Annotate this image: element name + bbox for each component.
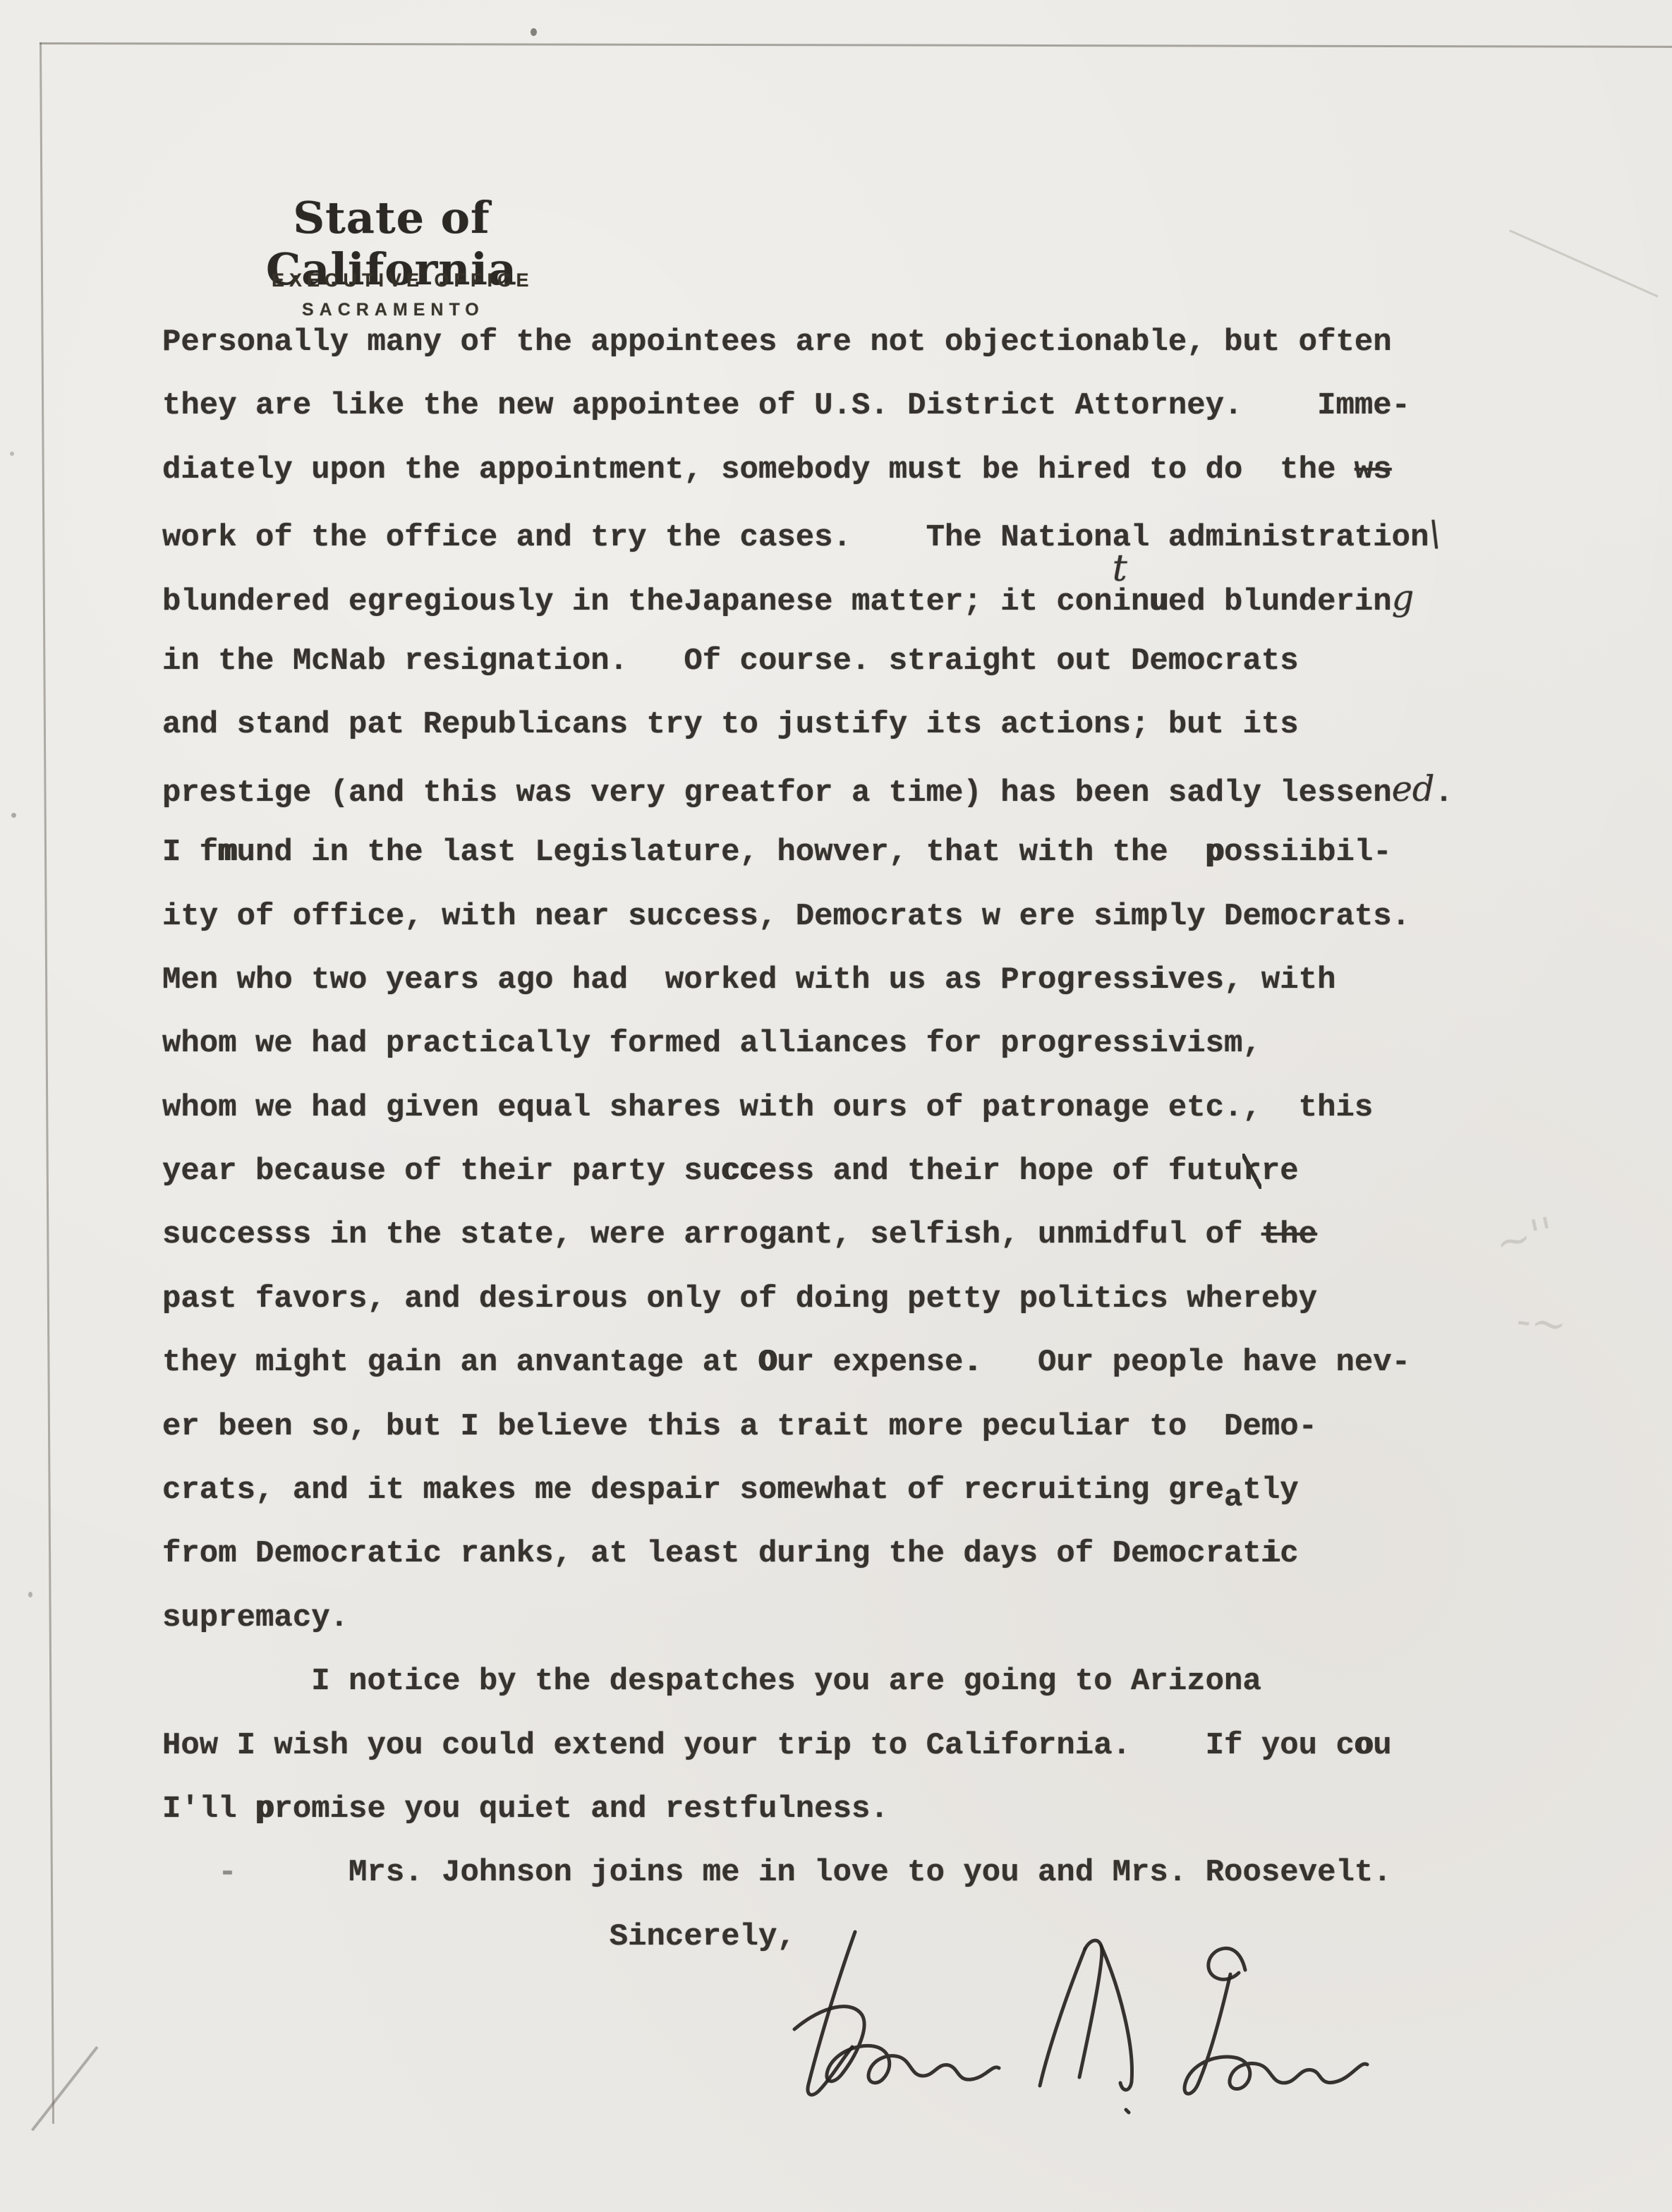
text-segment: ity of office, with near success, Democr…	[162, 899, 1410, 934]
text-segment: I notice by the despatches you are going…	[162, 1664, 1261, 1699]
text-segment: re	[1261, 1154, 1299, 1189]
text-segment-hand: \	[1429, 513, 1441, 554]
letter-line: Personally many of the appointees are no…	[162, 310, 1573, 374]
text-segment: whom we had given equal shares with ours…	[162, 1090, 1373, 1125]
text-segment: How I wish you could extend your trip to…	[162, 1728, 1355, 1763]
text-segment-over: i	[1261, 1536, 1280, 1571]
ink-speck	[11, 813, 16, 818]
letter-line: - Mrs. Johnson joins me in love to you a…	[162, 1841, 1573, 1904]
text-segment: Mrs. Johnson joins me in love to you and…	[237, 1855, 1392, 1890]
text-segment: work of the office and try the cases. Th…	[162, 520, 1429, 555]
letter-line: diately upon the appointment, somebody m…	[162, 438, 1573, 502]
paper-edge-left	[40, 42, 54, 2124]
text-segment: er been so, but I believe this a trait m…	[162, 1409, 1317, 1444]
text-segment-over: o	[1355, 1728, 1373, 1763]
letter-line: I fmund in the last Legislature, howver,…	[162, 821, 1573, 884]
text-segment-sub: a	[1224, 1466, 1242, 1530]
letter-line: I'll promise you quiet and restfulness.	[162, 1777, 1573, 1841]
signature-hiram-w-johnson	[748, 1905, 1383, 2145]
text-segment: u	[1373, 1728, 1391, 1763]
text-segment: ves, with	[1168, 962, 1336, 998]
text-segment-over: i	[1149, 962, 1168, 998]
text-segment: Sincerely,	[162, 1919, 796, 1954]
letter-line: whom we had given equal shares with ours…	[162, 1076, 1573, 1140]
letter-line: prestige (and this was very greatfor a t…	[162, 757, 1573, 821]
text-segment: ess and their hope of futu	[758, 1154, 1243, 1189]
text-segment: in the McNab resignation. Of course. str…	[162, 643, 1299, 679]
letter-line: in the McNab resignation. Of course. str…	[162, 629, 1573, 693]
letter-line: past favors, and desirous only of doing …	[162, 1267, 1573, 1331]
ink-speck	[531, 28, 537, 36]
letter-line: er been so, but I believe this a trait m…	[162, 1395, 1573, 1458]
text-segment: successs in the state, were arrogant, se…	[162, 1217, 1261, 1252]
text-segment: Men who two years ago had worked with us…	[162, 962, 1149, 998]
paper-crease	[1509, 229, 1658, 297]
text-segment: they are like the new appointee of U.S. …	[162, 388, 1410, 423]
text-segment: and stand pat Republicans try to justify…	[162, 707, 1299, 742]
text-segment: tly	[1242, 1473, 1298, 1508]
paper-edge-top	[40, 42, 1672, 48]
text-segment: .	[1434, 775, 1453, 811]
ink-speck	[10, 452, 14, 456]
text-segment: ossiibil-	[1224, 835, 1392, 870]
text-segment: I'll	[162, 1791, 255, 1827]
paper-edge-corner	[31, 2046, 99, 2132]
letterhead-office: EXECUTIVE OFFICE	[272, 270, 534, 291]
text-segment-strike: the	[1261, 1217, 1317, 1252]
letter-line: whom we had practically formed alliances…	[162, 1012, 1573, 1075]
text-segment: diately upon the appointment, somebody m…	[162, 452, 1355, 488]
text-segment: they might gain an anvantage at	[162, 1345, 758, 1380]
letter-body: Personally many of the appointees are no…	[162, 310, 1573, 1969]
letter-line: I notice by the despatches you are going…	[162, 1650, 1573, 1713]
signature-strokes	[748, 1905, 1383, 2145]
letter-line: crats, and it makes me despair somewhat …	[162, 1458, 1573, 1522]
text-segment-over: p	[1206, 835, 1224, 870]
text-segment-strike: ws	[1355, 452, 1392, 488]
letter-line: Men who two years ago had worked with us…	[162, 948, 1573, 1012]
letter-line: How I wish you could extend your trip to…	[162, 1714, 1573, 1777]
text-segment: und in the last Legislature, howver, tha…	[237, 835, 1206, 870]
text-segment: crats, and it makes me despair somewhat …	[162, 1473, 1224, 1508]
text-segment-slash: r	[1242, 1154, 1261, 1189]
text-segment: year because of their party su	[162, 1154, 721, 1189]
letter-line: ity of office, with near success, Democr…	[162, 885, 1573, 948]
text-segment: whom we had practically formed alliances…	[162, 1026, 1261, 1061]
text-segment-over: p	[255, 1791, 274, 1827]
letter-line: supremacy.	[162, 1586, 1573, 1650]
text-segment: ed blunderin	[1168, 584, 1392, 620]
letter-line: they might gain an anvantage at Our expe…	[162, 1331, 1573, 1394]
text-segment-faint: -	[218, 1855, 236, 1890]
ink-speck	[28, 1592, 32, 1597]
letter-line: year because of their party success and …	[162, 1140, 1573, 1203]
letter-line: successs in the state, were arrogant, se…	[162, 1203, 1573, 1267]
text-segment: Personally many of the appointees are no…	[162, 325, 1392, 360]
text-segment: blundered egregiously in theJapanese mat…	[162, 584, 1113, 620]
text-segment: ur expense	[777, 1345, 963, 1380]
text-segment-over: cc	[721, 1154, 758, 1189]
text-segment-over: u	[1149, 584, 1168, 620]
text-segment	[162, 1855, 218, 1890]
text-segment: past favors, and desirous only of doing …	[162, 1281, 1317, 1317]
text-segment: c	[1280, 1536, 1298, 1571]
text-segment: prestige (and this was very greatfor a t…	[162, 775, 1392, 811]
text-segment-over: m	[218, 835, 236, 870]
scanned-letter-page: { "letterhead": { "org": "State of Calif…	[0, 0, 1672, 2212]
letter-line: they are like the new appointee of U.S. …	[162, 374, 1573, 437]
letter-line: work of the office and try the cases. Th…	[162, 502, 1573, 565]
text-segment: Our people have nev-	[982, 1345, 1410, 1380]
text-segment: romise you quiet and restfulness.	[274, 1791, 888, 1827]
text-segment-over: O	[758, 1345, 777, 1380]
letter-line: and stand pat Republicans try to justify…	[162, 693, 1573, 756]
text-segment-hand: g	[1392, 577, 1414, 618]
text-segment: supremacy.	[162, 1600, 349, 1636]
text-segment: I f	[162, 835, 218, 870]
text-segment-over: .	[963, 1345, 981, 1380]
text-segment: from Democratic ranks, at least during t…	[162, 1536, 1261, 1571]
text-segment-hand: ed	[1392, 768, 1435, 809]
letter-line: blundered egregiously in theJapanese mat…	[162, 566, 1573, 629]
letter-line: from Democratic ranks, at least during t…	[162, 1522, 1573, 1585]
